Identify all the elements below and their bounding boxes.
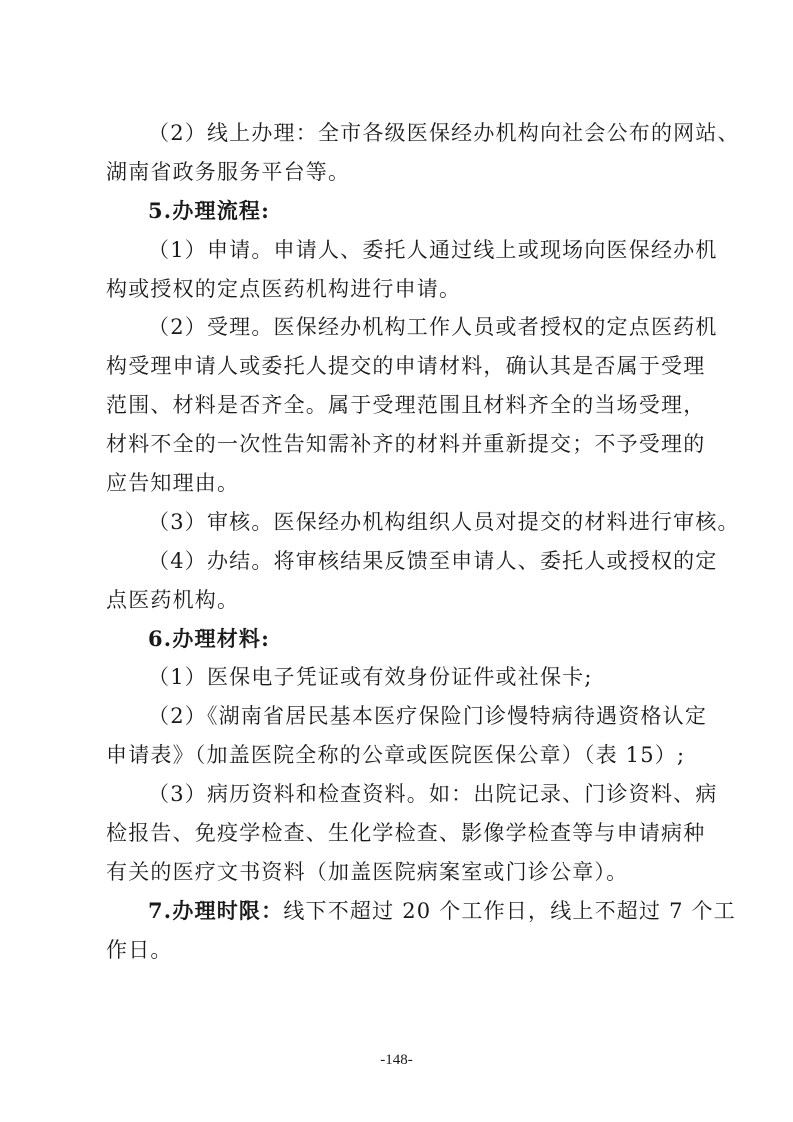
- paragraph-material-records-cont: 检报告、免疫学检查、生化学检查、影像学检查等与申请病种: [106, 814, 692, 853]
- paragraph-step-apply: （1）申请。申请人、委托人通过线上或现场向医保经办机: [106, 231, 692, 270]
- paragraph-online-handling: （2）线上办理：全市各级医保经办机构向社会公布的网站、: [106, 114, 692, 153]
- paragraph-time-limit: 7.办理时限：线下不超过 20 个工作日，线上不超过 7 个工: [106, 892, 692, 931]
- page-number: -148-: [0, 1052, 793, 1069]
- paragraph-material-form-cont: 申请表》（加盖医院全称的公章或医院医保公章）（表 15）;: [106, 736, 692, 775]
- document-body: （2）线上办理：全市各级医保经办机构向社会公布的网站、 湖南省政务服务平台等。 …: [106, 114, 692, 970]
- paragraph-time-limit-cont: 作日。: [106, 931, 692, 970]
- paragraph-step-complete-cont: 点医药机构。: [106, 581, 692, 620]
- paragraph-step-accept-cont: 构受理申请人或委托人提交的申请材料，确认其是否属于受理: [106, 347, 692, 386]
- paragraph-step-accept-cont: 应告知理由。: [106, 464, 692, 503]
- paragraph-step-accept-cont: 范围、材料是否齐全。属于受理范围且材料齐全的当场受理，: [106, 386, 692, 425]
- paragraph-step-apply-cont: 构或授权的定点医药机构进行申请。: [106, 270, 692, 309]
- paragraph-step-complete: （4）办结。将审核结果反馈至申请人、委托人或授权的定: [106, 542, 692, 581]
- section-heading-process: 5.办理流程:: [106, 192, 692, 231]
- section-heading-time-limit: 7.办理时限：: [148, 898, 283, 923]
- time-limit-text: 线下不超过 20 个工作日，线上不超过 7 个工: [283, 899, 736, 923]
- paragraph-material-records: （3）病历资料和检查资料。如：出院记录、门诊资料、病: [106, 775, 692, 814]
- paragraph-material-records-cont: 有关的医疗文书资料（加盖医院病案室或门诊公章）。: [106, 853, 692, 892]
- paragraph-step-review: （3）审核。医保经办机构组织人员对提交的材料进行审核。: [106, 503, 692, 542]
- paragraph-online-handling-cont: 湖南省政务服务平台等。: [106, 153, 692, 192]
- paragraph-step-accept: （2）受理。医保经办机构工作人员或者授权的定点医药机: [106, 308, 692, 347]
- paragraph-material-id: （1）医保电子凭证或有效身份证件或社保卡;: [106, 658, 692, 697]
- paragraph-step-accept-cont: 材料不全的一次性告知需补齐的材料并重新提交；不予受理的: [106, 425, 692, 464]
- section-heading-materials: 6.办理材料:: [106, 620, 692, 659]
- paragraph-material-form: （2）《湖南省居民基本医疗保险门诊慢特病待遇资格认定: [106, 697, 692, 736]
